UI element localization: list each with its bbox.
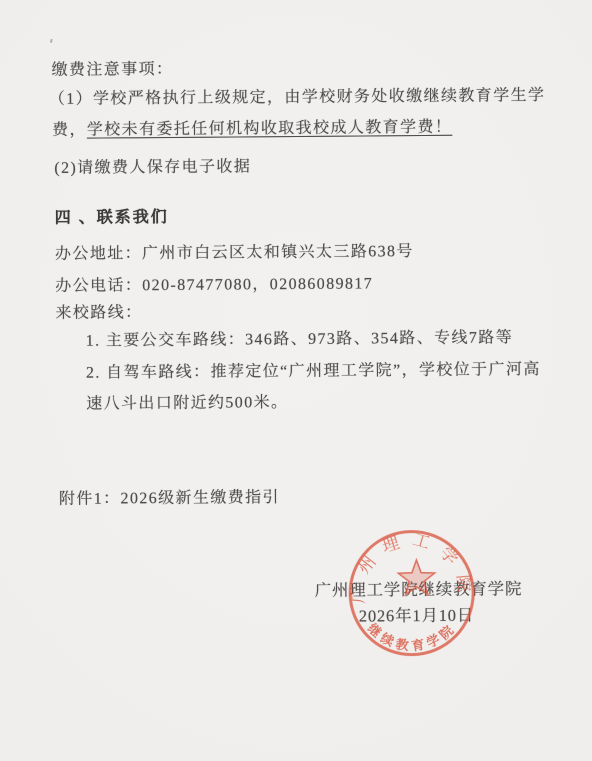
payment-note-2: (2)请缴费人保存电子收据 <box>54 153 251 178</box>
no-agency-underlined-statement: 学校未有委托任何机构收取我校成人教育学费！ <box>87 119 453 139</box>
seal-top-text: 广州理工学院 <box>348 529 474 604</box>
route-label: 来校路线： <box>55 299 142 323</box>
drive-route-line-2: 速八斗出口附近约500米。 <box>86 389 288 414</box>
contact-section-heading: 四 、联系我们 <box>55 204 169 228</box>
payment-notes-title: 缴费注意事项： <box>51 56 173 80</box>
bus-route-line: 1. 主要公交车路线：346路、973路、354路、专线7路等 <box>86 324 514 350</box>
payment-note-1-line-1: （1）学校严格执行上级规定，由学校财务处收缴继续教育学生学 <box>49 82 546 109</box>
seal-graphic: 广州理工学院 继续教育学院 <box>338 522 495 663</box>
seal-bottom-text: 继续教育学院 <box>365 620 459 654</box>
drive-route-line-1: 2. 自驾车路线：推荐定位“广州理工学院”，学校位于广河高 <box>86 356 541 383</box>
star-icon <box>398 560 434 595</box>
svg-text:继续教育学院: 继续教育学院 <box>365 620 459 654</box>
svg-text:广州理工学院: 广州理工学院 <box>348 529 474 604</box>
office-phone-line: 办公电话：020-87477080，02086089817 <box>55 270 373 295</box>
attachment-reference: 附件1：2026级新生缴费指引 <box>59 484 280 509</box>
paper-speck <box>50 39 53 43</box>
official-red-seal: 广州理工学院 继续教育学院 <box>338 522 495 663</box>
note-1-line-2-prefix: 费， <box>52 122 87 139</box>
payment-note-1-line-2: 费，学校未有委托任何机构收取我校成人教育学费！ <box>52 114 452 140</box>
scanned-document-page: 缴费注意事项： （1）学校严格执行上级规定，由学校财务处收缴继续教育学生学 费，… <box>0 0 592 761</box>
document-content: 缴费注意事项： （1）学校严格执行上级规定，由学校财务处收缴继续教育学生学 费，… <box>0 0 592 761</box>
office-address-line: 办公地址：广州市白云区太和镇兴太三路638号 <box>55 238 414 264</box>
